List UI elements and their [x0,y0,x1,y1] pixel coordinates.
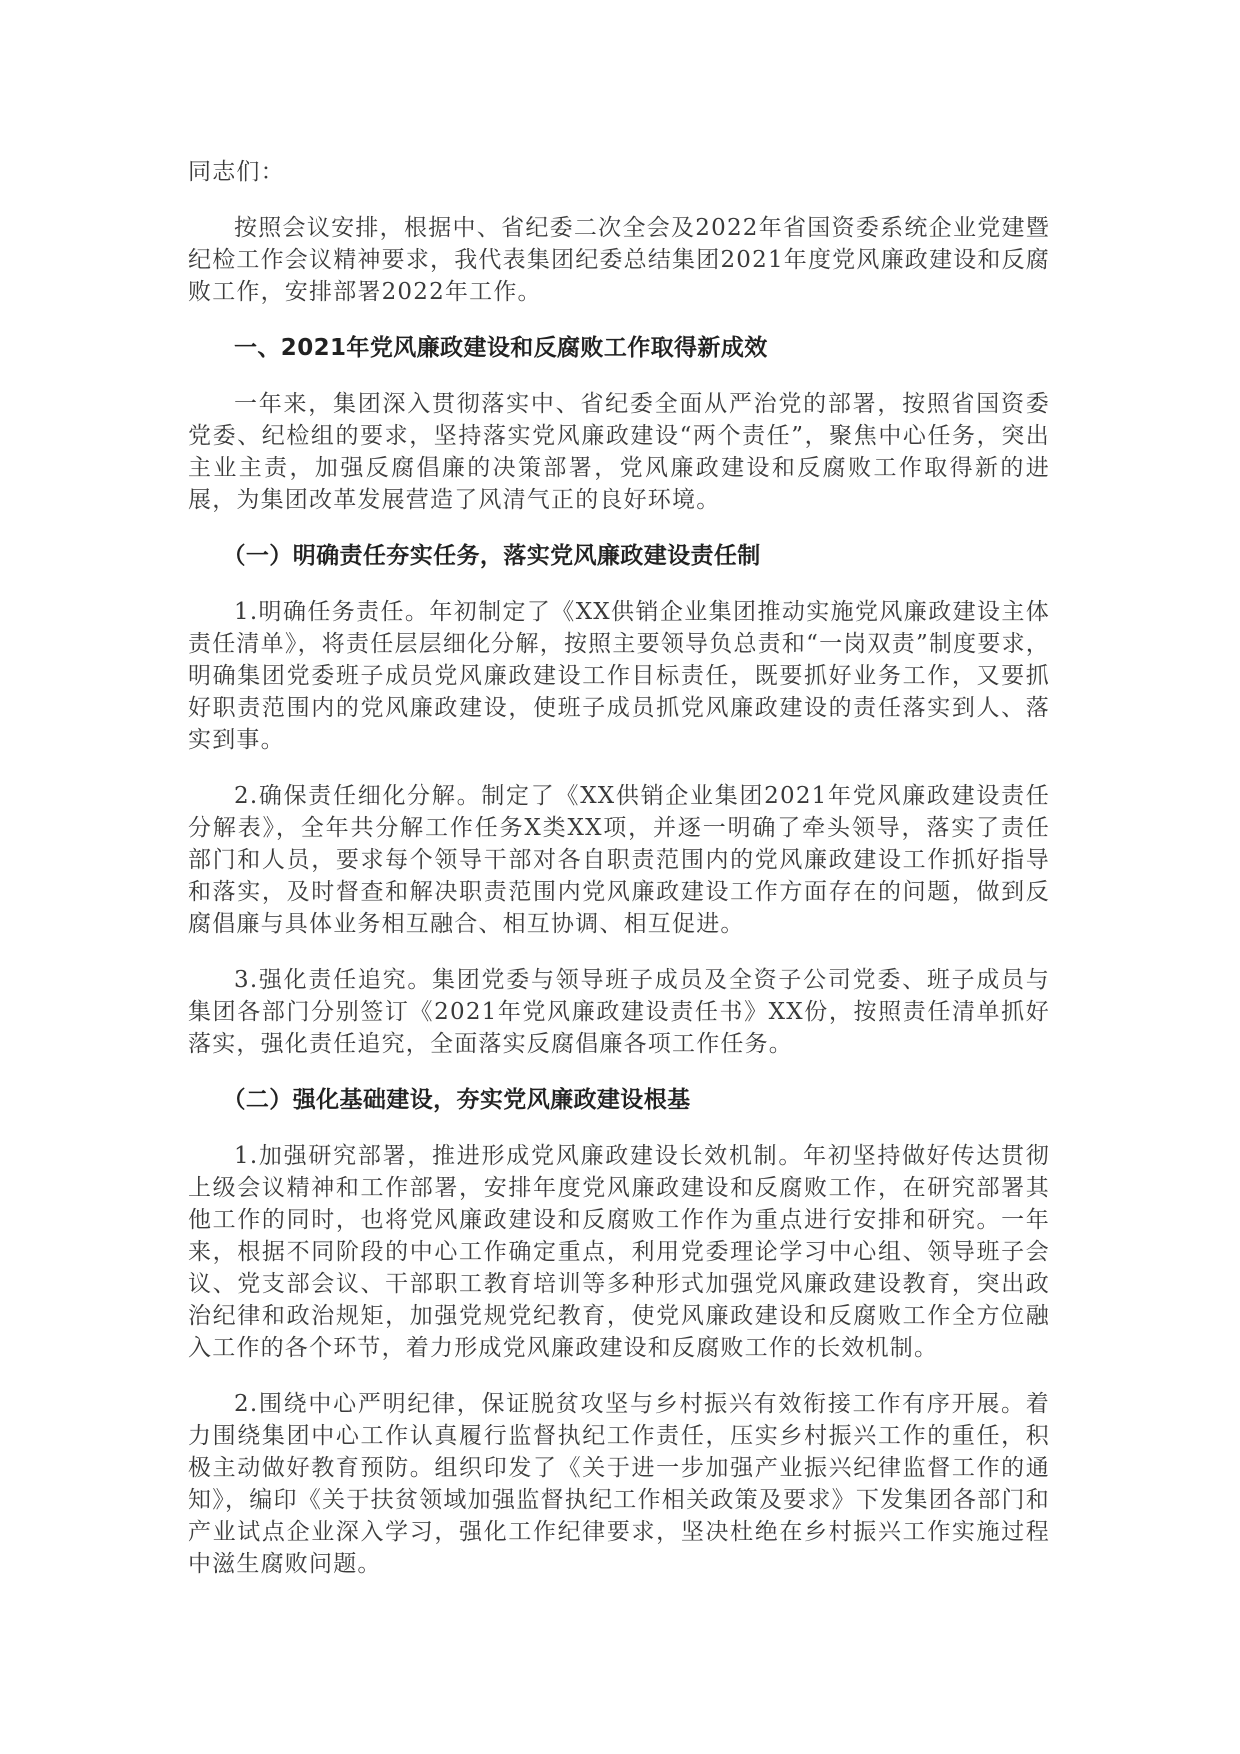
intro-paragraph: 按照会议安排，根据中、省纪委二次全会及2022年省国资委系统企业党建暨纪检工作会… [188,212,1050,308]
salutation: 同志们： [188,156,1050,188]
list-item: 3.强化责任追究。集团党委与领导班子成员及全资子公司党委、班子成员与集团各部门分… [188,964,1050,1060]
list-item: 1.加强研究部署，推进形成党风廉政建设长效机制。年初坚持做好传达贯彻上级会议精神… [188,1140,1050,1364]
subsection-heading: （一）明确责任夯实任务，落实党风廉政建设责任制 [188,540,1050,572]
section-heading: 一、2021年党风廉政建设和反腐败工作取得新成效 [188,332,1050,364]
section-summary: 一年来，集团深入贯彻落实中、省纪委全面从严治党的部署，按照省国资委党委、纪检组的… [188,388,1050,516]
list-item: 2.围绕中心严明纪律，保证脱贫攻坚与乡村振兴有效衔接工作有序开展。着力围绕集团中… [188,1388,1050,1580]
document-page: 同志们： 按照会议安排，根据中、省纪委二次全会及2022年省国资委系统企业党建暨… [188,156,1050,1604]
subsection-heading: （二）强化基础建设，夯实党风廉政建设根基 [188,1084,1050,1116]
list-item: 1.明确任务责任。年初制定了《XX供销企业集团推动实施党风廉政建设主体责任清单》… [188,596,1050,756]
list-item: 2.确保责任细化分解。制定了《XX供销企业集团2021年党风廉政建设责任分解表》… [188,780,1050,940]
